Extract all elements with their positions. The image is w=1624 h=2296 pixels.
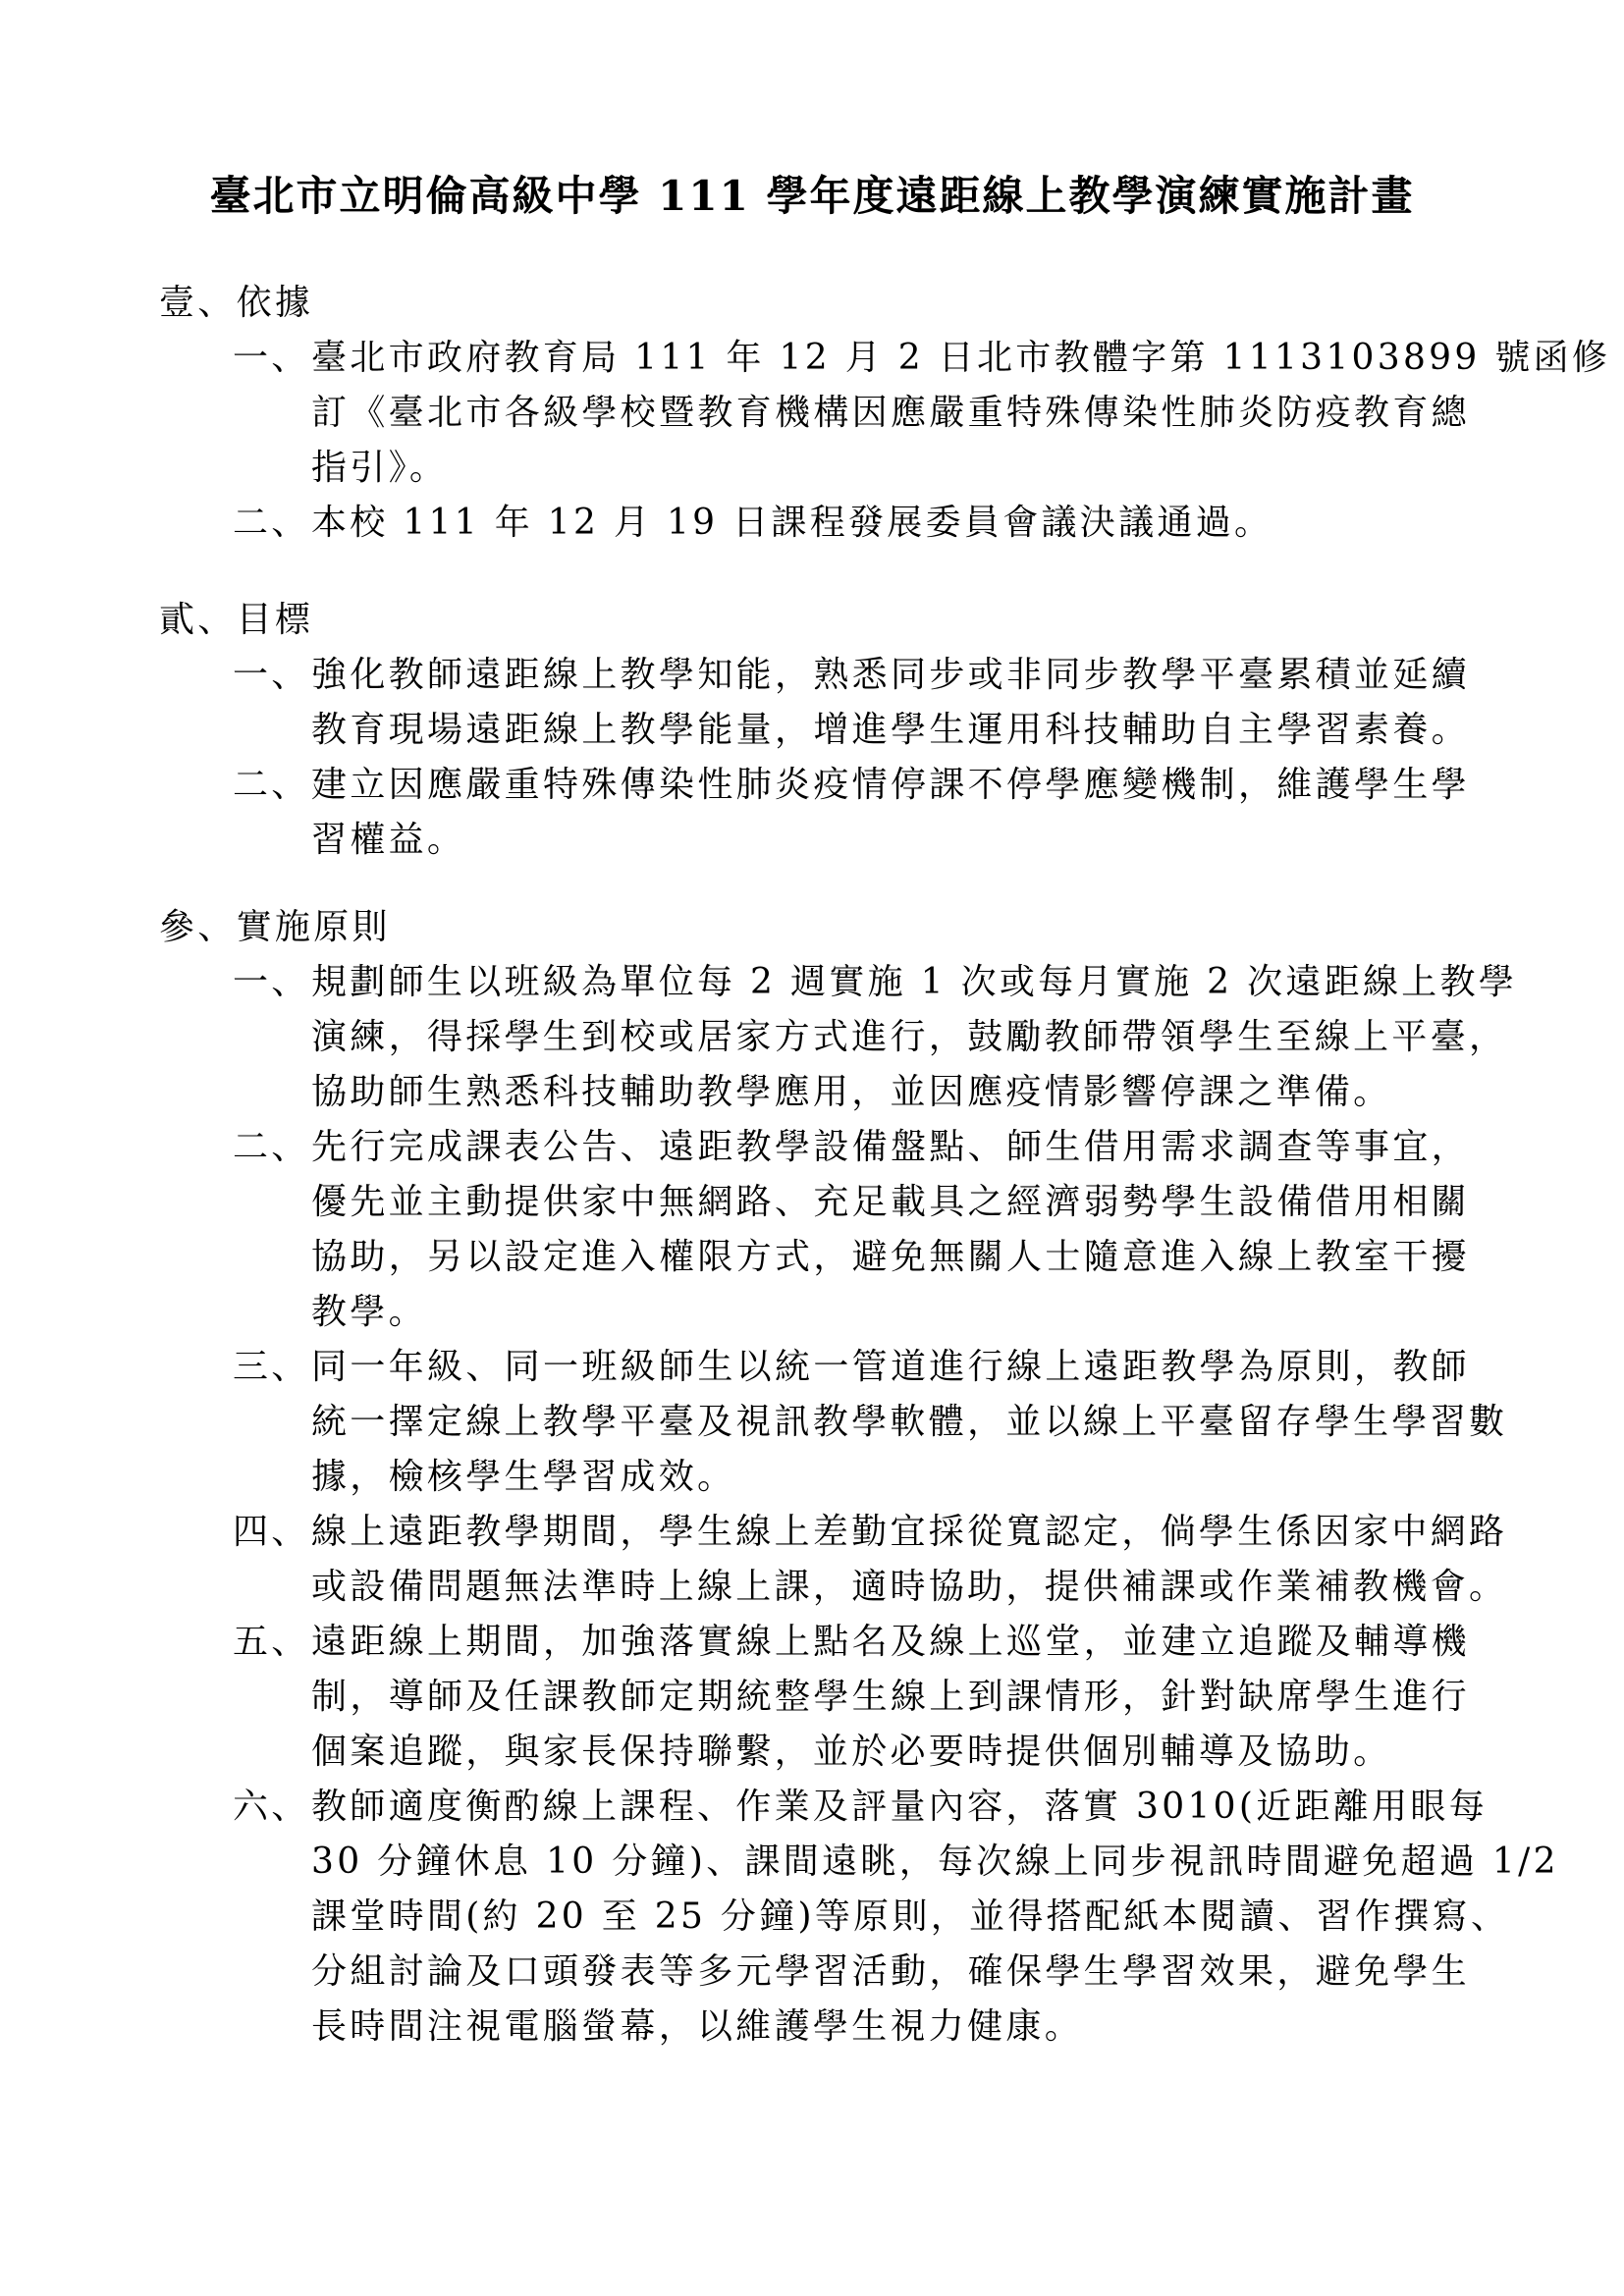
- list-item: 一、 臺北市政府教育局 111 年 12 月 2 日北市教體字第 1113103…: [159, 331, 1470, 496]
- item-text-line: 優先並主動提供家中無網路、充足載具之經濟弱勢學生設備借用相關: [311, 1175, 1470, 1230]
- item-marker: 四、: [233, 1505, 311, 1560]
- section-heading-label: 依據: [237, 283, 314, 323]
- list-item: 五、 遠距線上期間，加強落實線上點名及線上巡堂，並建立追蹤及輔導機 制，導師及任…: [159, 1615, 1470, 1780]
- item-text-line: 訂《臺北市各級學校暨教育機構因應嚴重特殊傳染性肺炎防疫教育總: [311, 386, 1470, 441]
- list-item: 三、 同一年級、同一班級師生以統一管道進行線上遠距教學為原則，教師 統一擇定線上…: [159, 1340, 1470, 1505]
- section-basis: 壹、依據 一、 臺北市政府教育局 111 年 12 月 2 日北市教體字第 11…: [159, 276, 1470, 551]
- item-marker: 一、: [233, 648, 311, 703]
- item-marker: 六、: [233, 1780, 311, 1835]
- item-marker: 一、: [233, 331, 311, 386]
- item-text-line: 30 分鐘休息 10 分鐘)、課間遠眺，每次線上同步視訊時間避免超過 1/2: [311, 1835, 1470, 1890]
- item-text-line: 教育現場遠距線上教學能量，增進學生運用科技輔助自主學習素養。: [311, 703, 1470, 758]
- list-item: 一、 強化教師遠距線上教學知能，熟悉同步或非同步教學平臺累積並延續 教育現場遠距…: [159, 648, 1470, 758]
- item-text-line: 協助，另以設定進入權限方式，避免無關人士隨意進入線上教室干擾: [311, 1230, 1470, 1285]
- list-item: 二、 本校 111 年 12 月 19 日課程發展委員會議決議通過。: [159, 496, 1470, 551]
- document-title: 臺北市立明倫高級中學 111 學年度遠距線上教學演練實施計畫: [0, 0, 1624, 224]
- item-marker: 二、: [233, 1120, 311, 1175]
- item-text-line: 演練，得採學生到校或居家方式進行，鼓勵教師帶領學生至線上平臺，: [311, 1010, 1470, 1065]
- item-text-line: 指引》。: [311, 441, 1470, 496]
- item-text-line: 長時間注視電腦螢幕，以維護學生視力健康。: [311, 2000, 1470, 2055]
- item-text-line: 線上遠距教學期間，學生線上差勤宜採從寬認定，倘學生係因家中網路: [311, 1505, 1470, 1560]
- list-item: 四、 線上遠距教學期間，學生線上差勤宜採從寬認定，倘學生係因家中網路 或設備問題…: [159, 1505, 1470, 1615]
- list-item: 六、 教師適度衡酌線上課程、作業及評量內容，落實 3010(近距離用眼每 30 …: [159, 1780, 1470, 2055]
- document-page: 臺北市立明倫高級中學 111 學年度遠距線上教學演練實施計畫 壹、依據 一、 臺…: [0, 0, 1624, 2296]
- item-text-line: 同一年級、同一班級師生以統一管道進行線上遠距教學為原則，教師: [311, 1340, 1470, 1395]
- section-marker: 貳、: [159, 600, 237, 640]
- item-text-line: 規劃師生以班級為單位每 2 週實施 1 次或每月實施 2 次遠距線上教學: [311, 955, 1470, 1010]
- document-body: 壹、依據 一、 臺北市政府教育局 111 年 12 月 2 日北市教體字第 11…: [159, 224, 1470, 2055]
- list-item: 二、 建立因應嚴重特殊傳染性肺炎疫情停課不停學應變機制，維護學生學 習權益。: [159, 758, 1470, 868]
- item-text-line: 遠距線上期間，加強落實線上點名及線上巡堂，並建立追蹤及輔導機: [311, 1615, 1470, 1670]
- item-text-line: 或設備問題無法準時上線上課，適時協助，提供補課或作業補教機會。: [311, 1560, 1470, 1615]
- item-text-line: 臺北市政府教育局 111 年 12 月 2 日北市教體字第 1113103899…: [311, 331, 1470, 386]
- section-heading-label: 實施原則: [237, 907, 391, 947]
- item-text-line: 據，檢核學生學習成效。: [311, 1450, 1470, 1505]
- section-goals: 貳、目標 一、 強化教師遠距線上教學知能，熟悉同步或非同步教學平臺累積並延續 教…: [159, 593, 1470, 868]
- section-heading-label: 目標: [237, 600, 314, 640]
- list-item: 一、 規劃師生以班級為單位每 2 週實施 1 次或每月實施 2 次遠距線上教學 …: [159, 955, 1470, 1120]
- item-marker: 一、: [233, 955, 311, 1010]
- item-marker: 二、: [233, 496, 311, 551]
- section-marker: 壹、: [159, 283, 237, 323]
- item-text-line: 課堂時間(約 20 至 25 分鐘)等原則，並得搭配紙本閱讀、習作撰寫、: [311, 1890, 1470, 1945]
- list-item: 二、 先行完成課表公告、遠距教學設備盤點、師生借用需求調查等事宜， 優先並主動提…: [159, 1120, 1470, 1340]
- section-principles: 參、實施原則 一、 規劃師生以班級為單位每 2 週實施 1 次或每月實施 2 次…: [159, 900, 1470, 2055]
- item-text-line: 先行完成課表公告、遠距教學設備盤點、師生借用需求調查等事宜，: [311, 1120, 1470, 1175]
- item-text-line: 強化教師遠距線上教學知能，熟悉同步或非同步教學平臺累積並延續: [311, 648, 1470, 703]
- section-heading: 壹、依據: [159, 276, 1470, 331]
- item-text-line: 建立因應嚴重特殊傳染性肺炎疫情停課不停學應變機制，維護學生學: [311, 758, 1470, 813]
- section-heading: 貳、目標: [159, 593, 1470, 648]
- item-text-line: 統一擇定線上教學平臺及視訊教學軟體，並以線上平臺留存學生學習數: [311, 1395, 1470, 1450]
- item-text-line: 教學。: [311, 1285, 1470, 1340]
- item-text-line: 協助師生熟悉科技輔助教學應用，並因應疫情影響停課之準備。: [311, 1065, 1470, 1120]
- section-marker: 參、: [159, 907, 237, 947]
- item-text-line: 個案追蹤，與家長保持聯繫，並於必要時提供個別輔導及協助。: [311, 1725, 1470, 1780]
- item-text-line: 教師適度衡酌線上課程、作業及評量內容，落實 3010(近距離用眼每: [311, 1780, 1470, 1835]
- item-marker: 二、: [233, 758, 311, 813]
- item-marker: 三、: [233, 1340, 311, 1395]
- item-marker: 五、: [233, 1615, 311, 1670]
- item-text-line: 本校 111 年 12 月 19 日課程發展委員會議決議通過。: [311, 496, 1470, 551]
- section-heading: 參、實施原則: [159, 900, 1470, 955]
- item-text-line: 分組討論及口頭發表等多元學習活動，確保學生學習效果，避免學生: [311, 1945, 1470, 2000]
- item-text-line: 習權益。: [311, 813, 1470, 868]
- item-text-line: 制，導師及任課教師定期統整學生線上到課情形，針對缺席學生進行: [311, 1670, 1470, 1725]
